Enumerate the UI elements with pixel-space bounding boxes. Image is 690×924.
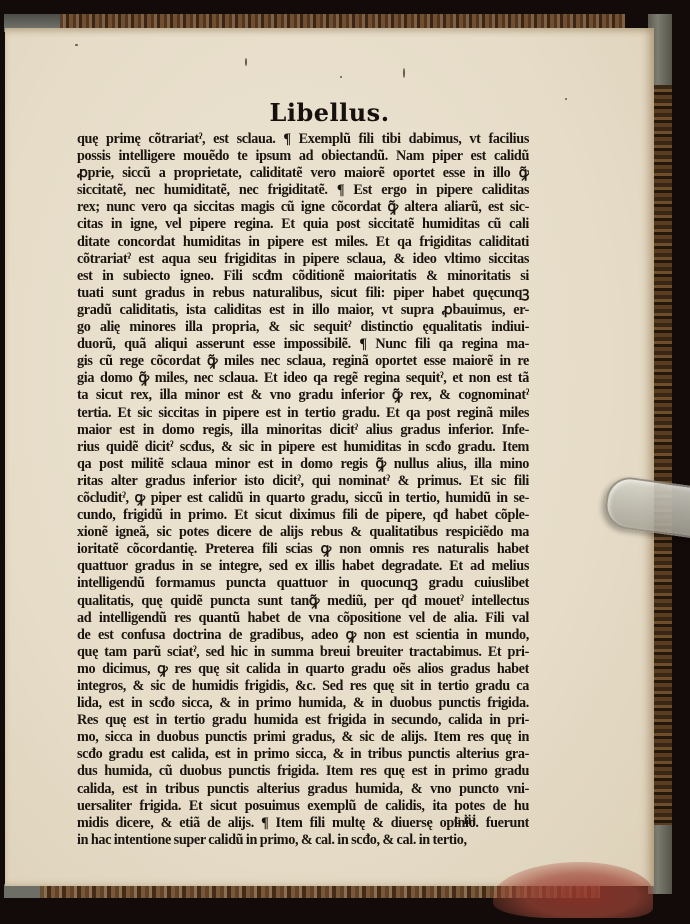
text-line: intelligendũ formamus puncta quattuor in… [77,575,529,592]
text-line: integros, & sic de humidis frigidis, &c.… [77,678,529,695]
text-line: cõtrariatˀ est aqua seu frigiditas in pi… [77,251,529,268]
text-line: tuati sunt gradus in rebus naturalibus, … [77,285,529,302]
text-line: gis cũ rege cõcordat ꝙ̃ miles nec sclaua… [77,353,529,370]
text-line: quę tam parũ sciatˀ, sed hic in summa br… [77,644,529,661]
text-line: qa post militẽ sclaua minor est in domo … [77,456,529,473]
text-line: Res quę est in tertio gradu humida est f… [77,712,529,729]
text-line: rex; nunc vero qa siccitas magis cũ igne… [77,199,529,216]
running-head: Libellus. [5,98,654,127]
ink-speck [245,58,247,66]
text-line: ad intelligendũ res quantũ habet de vna … [77,610,529,627]
text-line: scđo gradu est calida, est in primo sicc… [77,746,529,763]
text-line: ta sicut rex, illa minor est & vno gradu… [77,387,529,404]
text-line: xionẽ igneã, sic potes dicere de alĳs re… [77,524,529,541]
text-line: maior est in domo regis, illa minoritas … [77,422,529,439]
text-line: duorũ, quã aliqui asserunt esse impossib… [77,336,529,353]
text-line: ritas alter gradus inferior isto dicitˀ,… [77,473,529,490]
text-line: ioritatẽ cõcordantię. Preterea fili scia… [77,541,529,558]
text-line: siccitatẽ, nec humiditatẽ, nec frigidita… [77,182,529,199]
ink-speck [403,68,405,78]
text-line: quattuor gradus in se integre, sed ex il… [77,558,529,575]
text-line: quę primę cõtrariatˀ, est sclaua. ¶ Exem… [77,131,529,148]
text-line: dus humida, cũ duobus punctis frigida. I… [77,763,529,780]
red-stain [493,862,653,918]
ink-speck [75,44,78,46]
body-text: quę primę cõtrariatˀ, est sclaua. ¶ Exem… [77,131,529,849]
text-line: possis intelligere mouẽdo te ipsum ad ob… [77,148,529,165]
signature-mark: c iij [454,813,514,829]
text-line: ꝓprie, siccũ a proprietate, caliditatẽ v… [77,165,529,182]
text-line: de est confusa doctrina de gradibus, ade… [77,627,529,644]
text-line: go alię minores illa propria, & sic sequ… [77,319,529,336]
binding-right-edge [652,85,672,825]
book-page: Libellus. quę primę cõtrariatˀ, est scla… [5,28,654,886]
text-line: ditate concordat humiditas in pipere est… [77,234,529,251]
text-line: gia domo ꝙ̃ miles, nec sclaua. Et ideo q… [77,370,529,387]
text-line: qualitatis, quę quidẽ puncta sunt tanꝙ̃ … [77,593,529,610]
text-line: cõcluditˀ, ꝙ piper est calidũ in quarto … [77,490,529,507]
text-line: lida, est in scđo sicca, & in primo humi… [77,695,529,712]
text-line: est in subiecto igneo. Fili scđm cõditio… [77,268,529,285]
text-line: in hac intentione super calidũ in primo,… [77,832,529,849]
text-line: mo, sicca in duobus punctis primi gradus… [77,729,529,746]
text-line: mo dicimus, ꝙ res quę sit calida in quar… [77,661,529,678]
text-line: gradũ caliditatis, ista caliditas est in… [77,302,529,319]
ink-speck [340,76,342,78]
text-line: calida, est in tribus punctis alterius g… [77,781,529,798]
text-line: citas in igne, vel pipere regina. Et qui… [77,216,529,233]
text-line: tertia. Et sic siccitas in pipere est in… [77,405,529,422]
text-line: rius quidẽ dicitˀ scđus, & sic in pipere… [77,439,529,456]
text-line: cundo, frigidũ in primo. Et sicut diximu… [77,507,529,524]
book-board-bottom [4,884,44,898]
